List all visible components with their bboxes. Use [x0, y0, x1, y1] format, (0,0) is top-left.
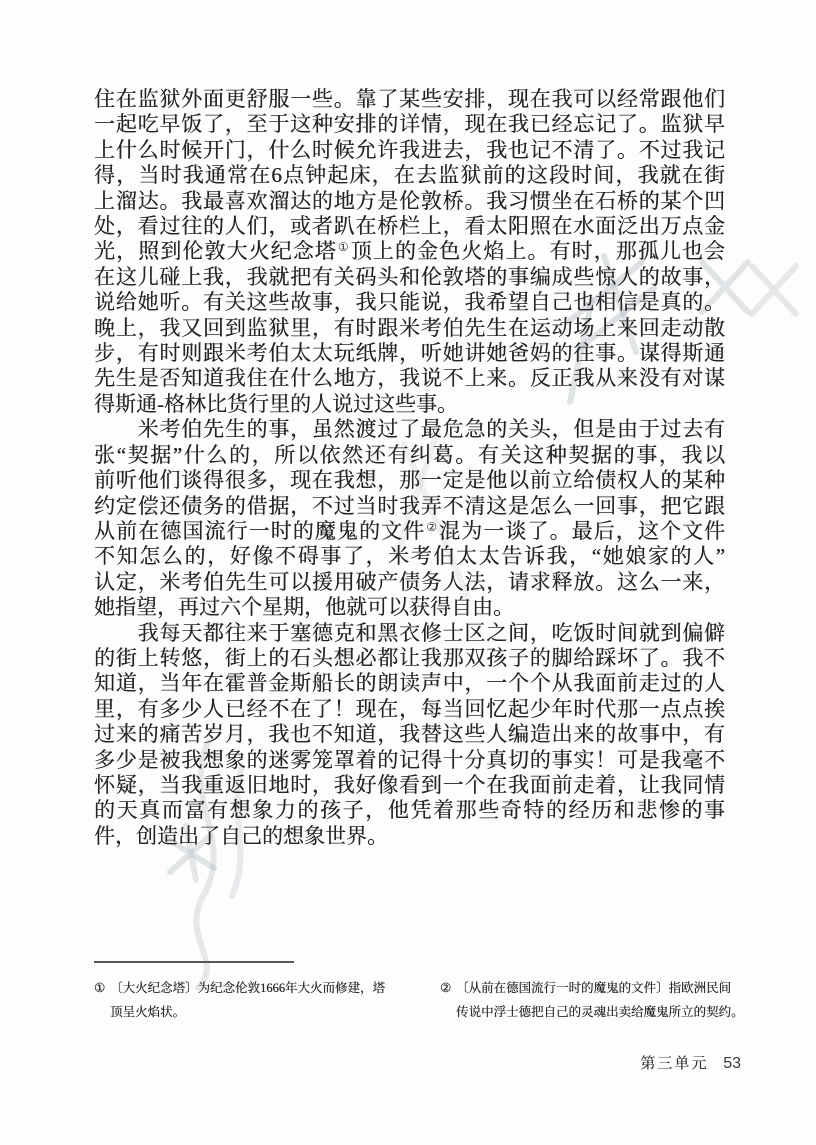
footnote-text: 〔从前在德国流行一时的魔鬼的文件〕指欧洲民间传说中浮士德把自己的灵魂出卖给魔鬼所…	[456, 976, 744, 1024]
footnote-item: ②〔从前在德国流行一时的魔鬼的文件〕指欧洲民间传说中浮士德把自己的灵魂出卖给魔鬼…	[440, 976, 745, 1024]
text-line: 的街上转悠，街上的石头想必都让我那双孩子的脚给踩坏了。我不	[94, 646, 725, 671]
text-line: 的天真而富有想象力的孩子，他凭着那些奇特的经历和悲惨的事	[94, 798, 725, 823]
footnote-list: ①〔大火纪念塔〕为纪念伦敦1666年大火而修建，塔顶呈火焰状。②〔从前在德国流行…	[94, 976, 749, 1024]
text-line: 她指望，再过六个星期，他就可以获得自由。	[94, 595, 725, 620]
footnote-divider	[94, 961, 294, 963]
text-line: 住在监狱外面更舒服一些。靠了某些安排，现在我可以经常跟他们	[94, 87, 725, 112]
text-line: 件，创造出了自己的想象世界。	[94, 824, 725, 849]
body-text: 住在监狱外面更舒服一些。靠了某些安排，现在我可以经常跟他们一起吃早饭了，至于这种…	[94, 87, 725, 849]
text-line: 说给她听。有关这些故事，我只能说，我希望自己也相信是真的。	[94, 290, 725, 315]
text-line: 里，有多少人已经不在了！现在，每当回忆起少年时代那一点点挨	[94, 697, 725, 722]
footnote-line: 传说中浮士德把自己的灵魂出卖给魔鬼所立的契约。	[456, 1000, 744, 1024]
footnote-line: 〔从前在德国流行一时的魔鬼的文件〕指欧洲民间	[456, 976, 744, 1000]
footnote-text: 〔大火纪念塔〕为纪念伦敦1666年大火而修建，塔顶呈火焰状。	[110, 976, 385, 1024]
text-line: 步，有时则跟米考伯太太玩纸牌，听她讲她爸妈的往事。谋得斯通	[94, 341, 725, 366]
footnote-marker: ①	[94, 976, 110, 1024]
text-line: 约定偿还债务的借据，不过当时我弄不清这是怎么一回事，把它跟	[94, 494, 725, 519]
page-number: 53	[723, 1055, 741, 1073]
text-line: 怀疑，当我重返旧地时，我好像看到一个在我面前走着，让我同情	[94, 773, 725, 798]
text-line: 我每天都往来于塞德克和黑衣修士区之间，吃饭时间就到偏僻	[94, 621, 725, 646]
paragraph: 我每天都往来于塞德克和黑衣修士区之间，吃饭时间就到偏僻的街上转悠，街上的石头想必…	[94, 621, 725, 850]
text-line: 上溜达。我最喜欢溜达的地方是伦敦桥。我习惯坐在石桥的某个凹	[94, 189, 725, 214]
text-line: 晚上，我又回到监狱里，有时跟米考伯先生在运动场上来回走动散	[94, 316, 725, 341]
page-footer: 第三单元 53	[0, 1052, 741, 1073]
text-line: 从前在德国流行一时的魔鬼的文件②混为一谈了。最后，这个文件	[94, 519, 725, 544]
text-line: 上什么时候开门，什么时候允许我进去，我也记不清了。不过我记	[94, 138, 725, 163]
text-line: 张“契据”什么的，所以依然还有纠葛。有关这种契据的事，我以	[94, 443, 725, 468]
text-line: 处，看过往的人们，或者趴在桥栏上，看太阳照在水面泛出万点金	[94, 214, 725, 239]
unit-label: 第三单元	[640, 1052, 708, 1073]
text-line: 知道，当年在霍普金斯船长的朗读声中，一个个从我面前走过的人	[94, 671, 725, 696]
footnote-marker: ②	[440, 976, 456, 1024]
footnote-line: 〔大火纪念塔〕为纪念伦敦1666年大火而修建，塔	[110, 976, 385, 1000]
footnote-item: ①〔大火纪念塔〕为纪念伦敦1666年大火而修建，塔顶呈火焰状。	[94, 976, 394, 1024]
text-line: 先生是否知道我住在什么地方，我说不上来。反正我从来没有对谋	[94, 366, 725, 391]
text-line: 得，当时我通常在6点钟起床，在去监狱前的这段时间，我就在街	[94, 163, 725, 188]
footnote-line: 顶呈火焰状。	[110, 1000, 385, 1024]
text-line: 不知怎么的，好像不碍事了，米考伯太太告诉我，“她娘家的人”	[94, 544, 725, 569]
text-line: 前听他们谈得很多，现在我想，那一定是他以前立给债权人的某种	[94, 468, 725, 493]
text-line: 得斯通-格林比货行里的人说过这些事。	[94, 392, 725, 417]
footnote-ref: ①	[338, 240, 350, 254]
paragraph: 住在监狱外面更舒服一些。靠了某些安排，现在我可以经常跟他们一起吃早饭了，至于这种…	[94, 87, 725, 417]
footnote-ref: ②	[426, 520, 438, 534]
text-line: 过来的痛苦岁月，我也不知道，我替这些人编造出来的故事中，有	[94, 722, 725, 747]
text-line: 一起吃早饭了，至于这种安排的详情，现在我已经忘记了。监狱早	[94, 112, 725, 137]
paragraph: 米考伯先生的事，虽然渡过了最危急的关头，但是由于过去有张“契据”什么的，所以依然…	[94, 417, 725, 620]
text-line: 在这儿碰上我，我就把有关码头和伦敦塔的事编成些惊人的故事，	[94, 265, 725, 290]
text-line: 米考伯先生的事，虽然渡过了最危急的关头，但是由于过去有	[94, 417, 725, 442]
textbook-page: 住在监狱外面更舒服一些。靠了某些安排，现在我可以经常跟他们一起吃早饭了，至于这种…	[0, 0, 816, 1145]
text-line: 认定，米考伯先生可以援用破产债务人法，请求释放。这么一来，	[94, 570, 725, 595]
text-line: 多少是被我想象的迷雾笼罩着的记得十分真切的事实！可是我毫不	[94, 748, 725, 773]
watermark-stroke	[752, 266, 796, 314]
text-line: 光，照到伦敦大火纪念塔①顶上的金色火焰上。有时，那孤儿也会	[94, 239, 725, 264]
